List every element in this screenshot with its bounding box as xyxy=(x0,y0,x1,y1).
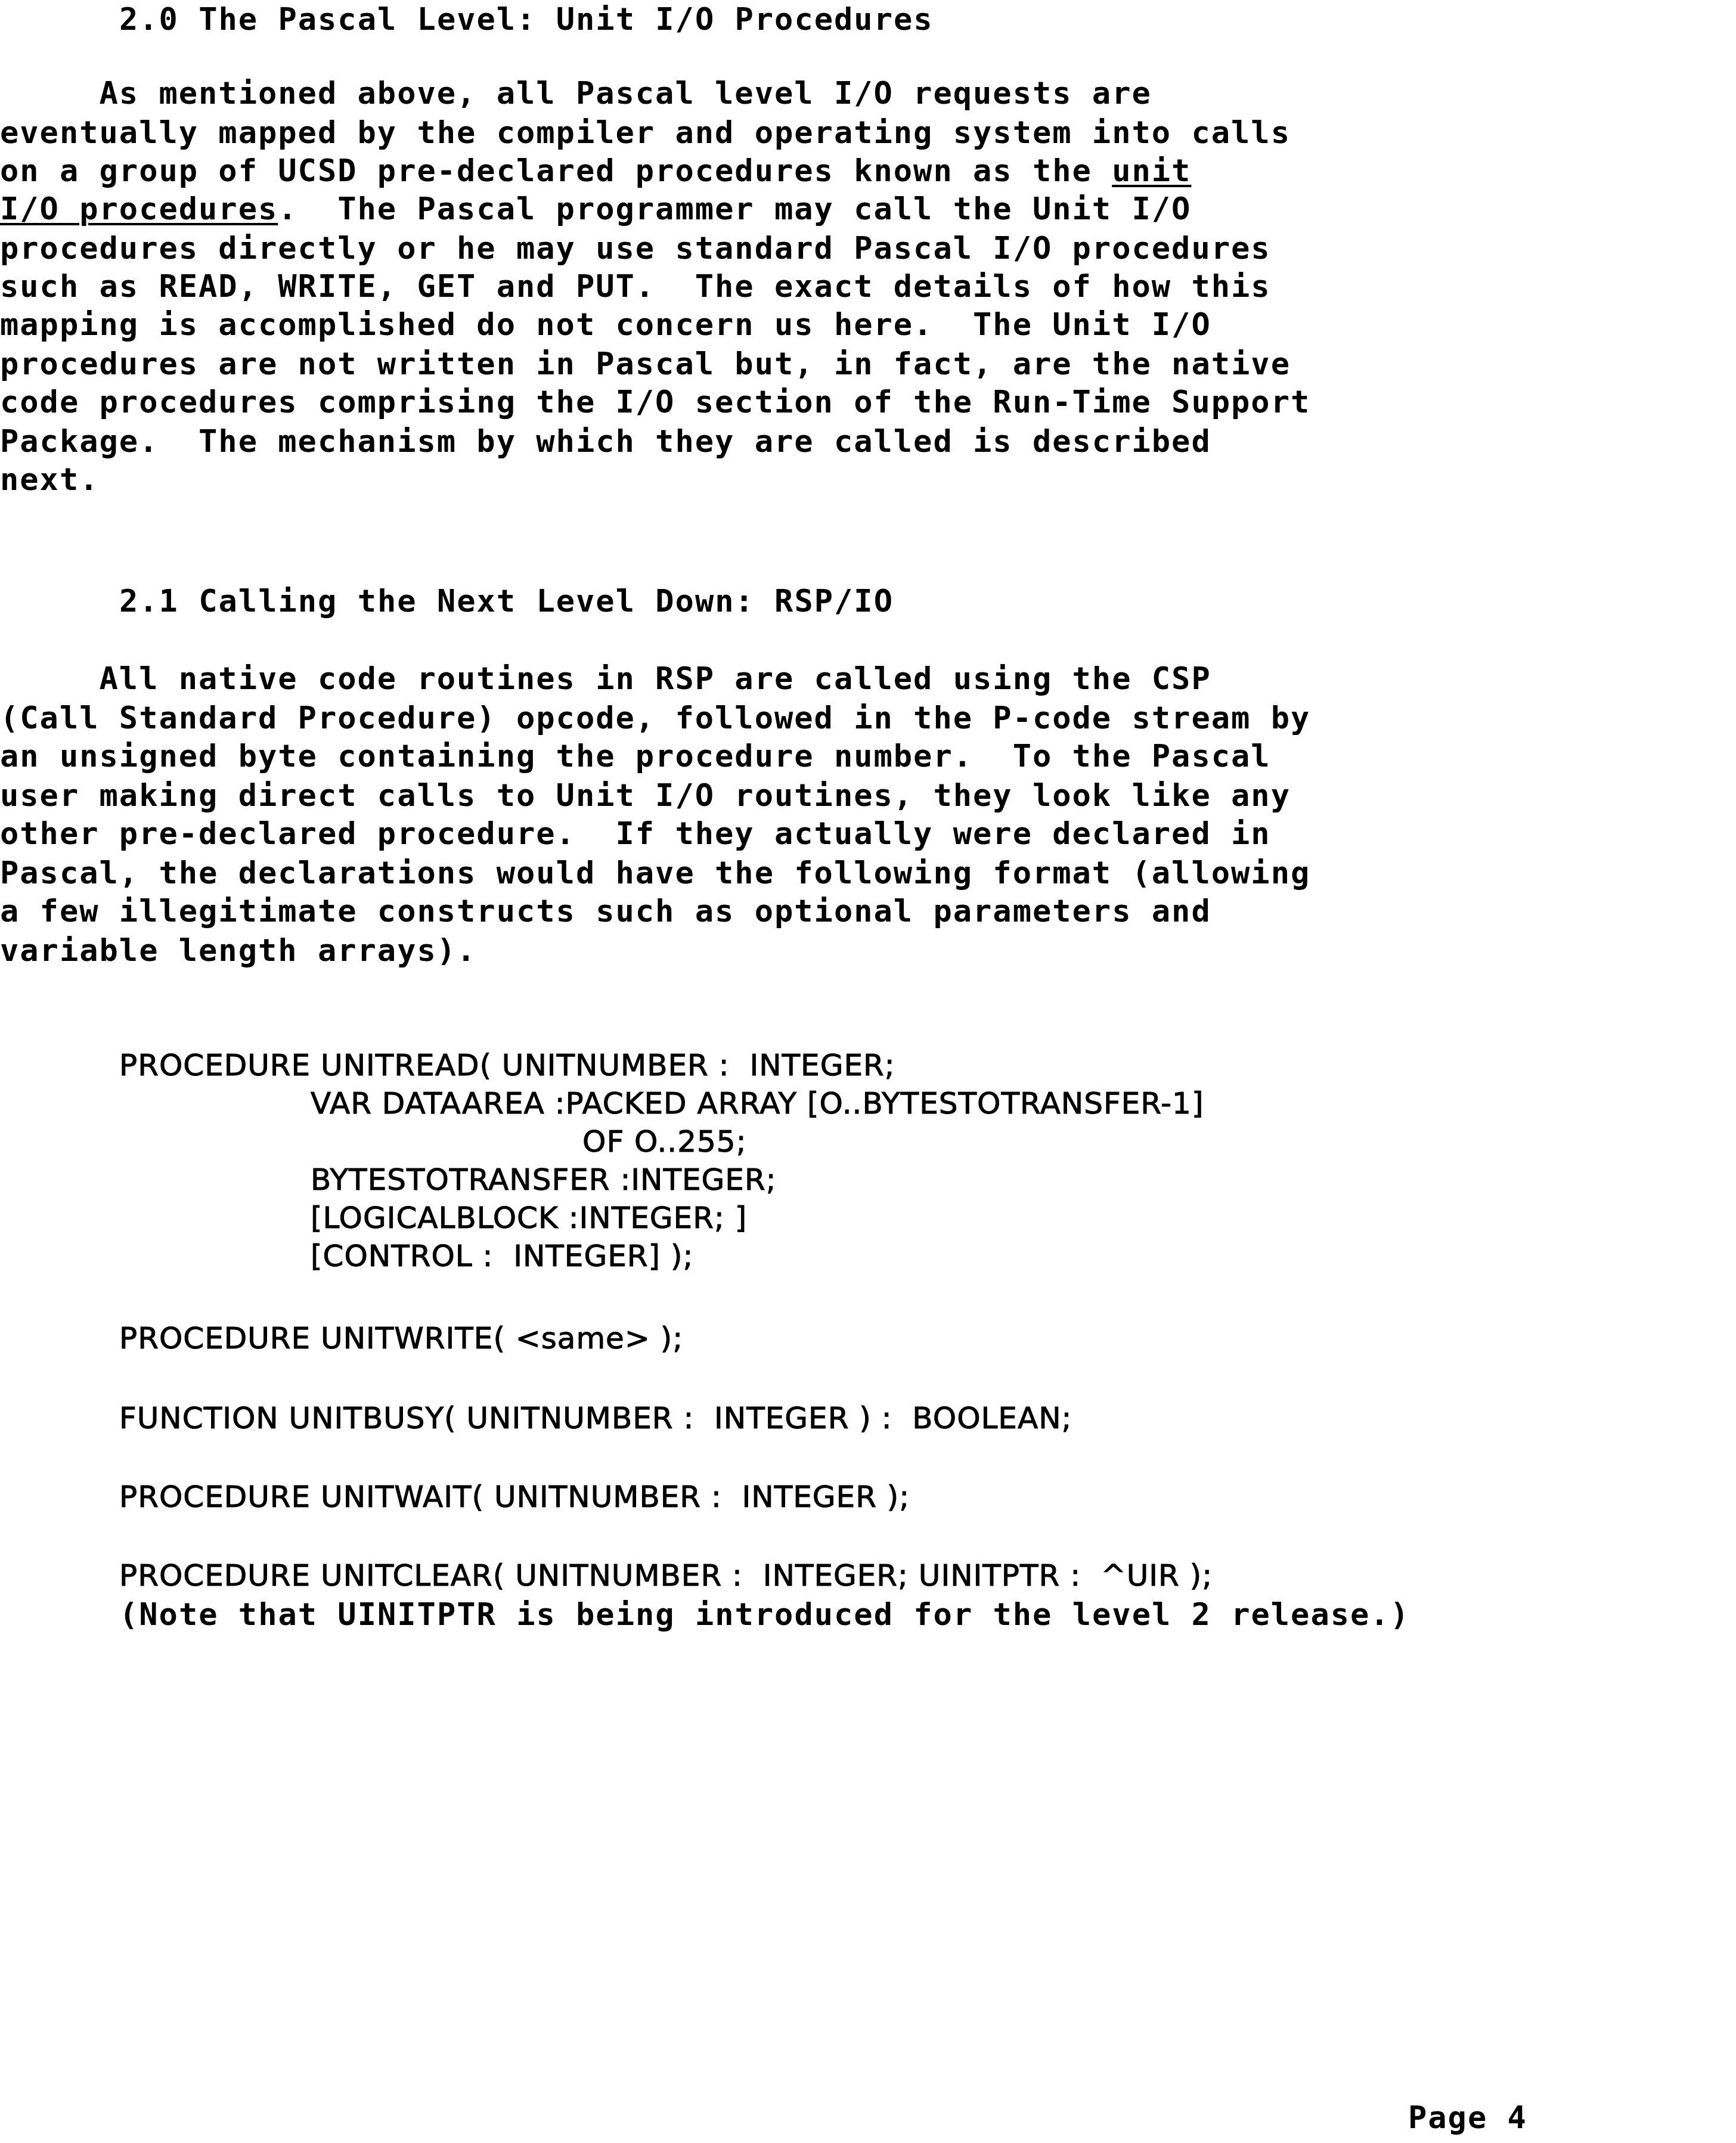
paragraph-line: Pascal, the declarations would have the … xyxy=(0,854,1310,893)
paragraph-line: I/O procedures. The Pascal programmer ma… xyxy=(0,190,1191,229)
code-line: BYTESTOTRANSFER :INTEGER; xyxy=(119,1160,777,1199)
paragraph-line: procedures are not written in Pascal but… xyxy=(0,345,1291,384)
paragraph-line: mapping is accomplished do not concern u… xyxy=(0,305,1211,345)
paragraph-line: an unsigned byte containing the procedur… xyxy=(0,737,1271,776)
underlined-term: I/O procedures xyxy=(0,191,278,227)
paragraph-line: next. xyxy=(0,460,100,500)
code-line: PROCEDURE UNITREAD( UNITNUMBER : INTEGER… xyxy=(119,1046,895,1085)
paragraph-line: other pre-declared procedure. If they ac… xyxy=(0,814,1271,854)
paragraph-line: a few illegitimate constructs such as op… xyxy=(0,892,1211,931)
paragraph-line: variable length arrays). xyxy=(0,931,476,970)
paragraph-line: As mentioned above, all Pascal level I/O… xyxy=(0,74,1152,113)
declaration-unitclear: PROCEDURE UNITCLEAR( UNITNUMBER : INTEGE… xyxy=(119,1556,1213,1595)
code-line: OF O..255; xyxy=(119,1122,747,1161)
page-number: Page 4 xyxy=(1408,2098,1527,2138)
paragraph-line: Package. The mechanism by which they are… xyxy=(0,422,1211,461)
paragraph-line: code procedures comprising the I/O secti… xyxy=(0,383,1310,422)
paragraph-line: procedures directly or he may use standa… xyxy=(0,229,1271,268)
section-heading-2-0: 2.0 The Pascal Level: Unit I/O Procedure… xyxy=(119,0,934,39)
paragraph-line: All native code routines in RSP are call… xyxy=(0,659,1211,699)
declaration-unitwrite: PROCEDURE UNITWRITE( <same> ); xyxy=(119,1319,683,1358)
underlined-term: unit xyxy=(1112,153,1191,189)
declaration-unitbusy: FUNCTION UNITBUSY( UNITNUMBER : INTEGER … xyxy=(119,1398,1072,1438)
code-line: VAR DATAAREA :PACKED ARRAY [O..BYTESTOTR… xyxy=(119,1084,1204,1123)
paragraph-line: eventually mapped by the compiler and op… xyxy=(0,113,1291,153)
code-line: [LOGICALBLOCK :INTEGER; ] xyxy=(119,1198,747,1238)
paragraph-line: such as READ, WRITE, GET and PUT. The ex… xyxy=(0,267,1271,306)
release-note: (Note that UINITPTR is being introduced … xyxy=(119,1595,1410,1635)
paragraph-line: on a group of UCSD pre-declared procedur… xyxy=(0,151,1191,191)
declaration-unitwait: PROCEDURE UNITWAIT( UNITNUMBER : INTEGER… xyxy=(119,1477,910,1516)
text: . The Pascal programmer may call the Uni… xyxy=(278,191,1191,227)
paragraph-line: user making direct calls to Unit I/O rou… xyxy=(0,776,1291,815)
text: on a group of UCSD pre-declared procedur… xyxy=(0,153,1112,189)
paragraph-line: (Call Standard Procedure) opcode, follow… xyxy=(0,699,1310,738)
code-line: [CONTROL : INTEGER] ); xyxy=(119,1236,693,1276)
section-heading-2-1: 2.1 Calling the Next Level Down: RSP/IO xyxy=(119,582,894,621)
